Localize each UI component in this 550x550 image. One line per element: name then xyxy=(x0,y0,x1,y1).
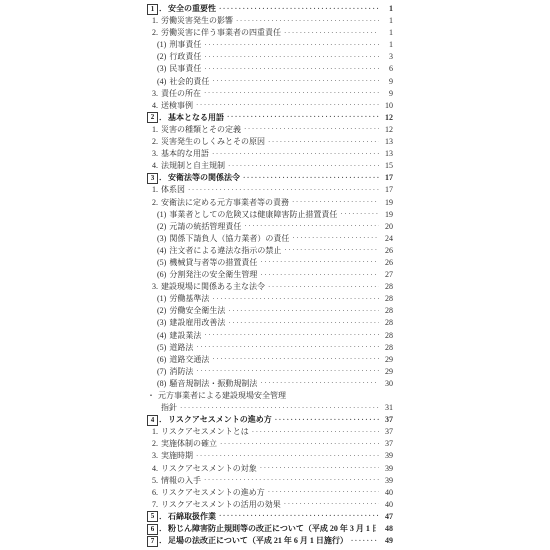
entry-page-number: 29 xyxy=(381,366,393,378)
entry-title: 建設現場に関係ある主な法令 xyxy=(161,281,265,293)
toc-entry: (3) 建設雇用改善法 ····························… xyxy=(157,317,393,329)
toc-entry: 7. リスクアセスメントの活用の効果 ·····················… xyxy=(152,499,393,511)
entry-number: (7) xyxy=(157,366,166,378)
dot-leader: ········································… xyxy=(260,462,379,474)
entry-page-number: 40 xyxy=(381,487,393,499)
entry-title: 道路法 xyxy=(169,342,193,354)
toc-entry: 2. 労働災害に伴う事業者の四重責任 ·····················… xyxy=(152,27,393,39)
dot-leader: ········································… xyxy=(220,438,379,450)
entry-title: 安全の重要性 xyxy=(168,3,216,15)
entry-page-number: 28 xyxy=(381,342,393,354)
dot-leader: ········································… xyxy=(219,3,379,15)
toc-entry: (6) 分割発注の安全衛生管理 ························… xyxy=(157,269,393,281)
entry-number: (1) xyxy=(157,293,166,305)
entry-title: 行政責任 xyxy=(169,51,201,63)
toc-entry: (5) 機械貸与者等の措置責任 ························… xyxy=(157,257,393,269)
dot-leader: ········································… xyxy=(212,75,379,87)
chapter-separator: ． xyxy=(159,414,167,426)
dot-leader: ········································… xyxy=(284,498,379,510)
toc-entry: (4) 注文者による違法な指示の禁止 ·····················… xyxy=(157,245,393,257)
entry-number: (6) xyxy=(157,354,166,366)
entry-page-number: 26 xyxy=(381,257,393,269)
entry-number: 3. xyxy=(152,88,158,100)
dot-leader: ········································… xyxy=(212,353,379,365)
entry-title: 事業者としての危険又は健康障害防止措置責任 xyxy=(169,209,337,221)
toc-entry: 7． 足場の法改正について（平成 21 年 6 月 1 日施行） ·······… xyxy=(147,535,393,547)
entry-page-number: 1 xyxy=(381,27,393,39)
entry-page-number: 1 xyxy=(381,39,393,51)
entry-page-number: 39 xyxy=(381,450,393,462)
entry-page-number: 37 xyxy=(381,414,393,426)
toc-entry: ・ 元方事業者による建設現場安全管理 xyxy=(147,390,393,402)
entry-title: 道路交通法 xyxy=(169,354,209,366)
toc-entry: (2) 労働安全衛生法 ····························… xyxy=(157,305,393,317)
toc-entry: 1. 災害の種類とその定義 ··························… xyxy=(152,124,393,136)
dot-leader: ········································… xyxy=(228,160,379,172)
dot-leader: ········································… xyxy=(196,450,379,462)
toc-entry: (1) 労働基準法 ······························… xyxy=(157,293,393,305)
entry-title: リスクアセスメントの対象 xyxy=(161,463,257,475)
entry-number: (4) xyxy=(157,330,166,342)
toc-entry: 6． 粉じん障害防止規則等の改正について（平成 20 年 3 月 1 日施行） … xyxy=(147,523,393,535)
entry-number: 4. xyxy=(152,100,158,112)
toc-entry: 5. 情報の入手 ·······························… xyxy=(152,475,393,487)
entry-page-number: 15 xyxy=(381,160,393,172)
entry-page-number: 28 xyxy=(381,317,393,329)
entry-title: 安衛法に定める元方事業者等の責務 xyxy=(161,197,289,209)
chapter-separator: ． xyxy=(159,535,167,547)
toc-entry: 1. 体系図 ·································… xyxy=(152,184,393,196)
entry-number: 5 xyxy=(147,511,158,522)
entry-number: (4) xyxy=(157,245,166,257)
entry-title: 粉じん障害防止規則等の改正について（平成 20 年 3 月 1 日施行） xyxy=(168,523,376,535)
entry-number: 3. xyxy=(152,450,158,462)
toc-entry: 3. 実施時期 ································… xyxy=(152,450,393,462)
entry-page-number: 39 xyxy=(381,475,393,487)
entry-title: 労働安全衛生法 xyxy=(169,305,225,317)
toc-entry: 2. 実施体制の確立 ·····························… xyxy=(152,438,393,450)
entry-number: 4 xyxy=(147,415,158,426)
entry-page-number: 20 xyxy=(381,221,393,233)
toc-entry: (4) 社会的責任 ······························… xyxy=(157,76,393,88)
entry-page-number: 37 xyxy=(381,438,393,450)
dot-leader: ········································… xyxy=(292,196,379,208)
entry-page-number: 39 xyxy=(381,463,393,475)
toc-entry: 1. リスクアセスメントとは ·························… xyxy=(152,426,393,438)
entry-number: (1) xyxy=(157,39,166,51)
toc-entry: 4. 法規制と自主規制 ····························… xyxy=(152,160,393,172)
entry-number: 6. xyxy=(152,487,158,499)
entry-page-number: 9 xyxy=(381,76,393,88)
entry-title: 基本となる用語 xyxy=(168,112,224,124)
toc-entry: (2) 行政責任 ·······························… xyxy=(157,51,393,63)
entry-page-number: 3 xyxy=(381,51,393,63)
entry-number: 3. xyxy=(152,281,158,293)
toc-entry: 3. 基本的な用語 ······························… xyxy=(152,148,393,160)
toc-entry: 2． 基本となる用語 ·····························… xyxy=(147,112,393,124)
entry-number: (2) xyxy=(157,221,166,233)
entry-number: (8) xyxy=(157,378,166,390)
entry-page-number: 9 xyxy=(381,88,393,100)
entry-title: 注文者による違法な指示の禁止 xyxy=(169,245,281,257)
toc-entry: 指針 ·····································… xyxy=(158,402,393,414)
entry-title: 法規制と自主規制 xyxy=(161,160,225,172)
entry-number: (6) xyxy=(157,269,166,281)
entry-title: リスクアセスメントの活用の効果 xyxy=(161,499,281,511)
entry-title: 刑事責任 xyxy=(169,39,201,51)
entry-page-number: 24 xyxy=(381,233,393,245)
entry-page-number: 40 xyxy=(381,499,393,511)
entry-title: 労働災害発生の影響 xyxy=(161,15,233,27)
entry-page-number: 49 xyxy=(381,535,393,547)
dot-leader: ········································… xyxy=(196,99,379,111)
entry-page-number: 1 xyxy=(381,3,393,15)
entry-page-number: 26 xyxy=(381,245,393,257)
toc-entry: (1) 事業者としての危険又は健康障害防止措置責任 ··············… xyxy=(157,209,393,221)
entry-title: 災害発生のしくみとその原因 xyxy=(161,136,265,148)
entry-title: 騒音規制法・振動規制法 xyxy=(169,378,257,390)
entry-page-number: 12 xyxy=(381,124,393,136)
dot-leader: ········································… xyxy=(284,244,379,256)
entry-number: (3) xyxy=(157,233,166,245)
dot-leader: ········································… xyxy=(244,220,379,232)
entry-page-number: 48 xyxy=(381,523,393,535)
entry-title: 実施体制の確立 xyxy=(161,438,217,450)
dot-leader: ········································… xyxy=(204,51,379,63)
toc-list: 1． 安全の重要性 ······························… xyxy=(147,3,393,547)
dot-leader: ········································… xyxy=(284,27,379,39)
toc-entry: 4. リスクアセスメントの対象 ························… xyxy=(152,463,393,475)
toc-entry: (8) 騒音規制法・振動規制法 ························… xyxy=(157,378,393,390)
entry-page-number: 47 xyxy=(381,511,393,523)
dot-leader: ········································… xyxy=(236,15,379,27)
entry-page-number: 30 xyxy=(381,378,393,390)
entry-page-number: 10 xyxy=(381,100,393,112)
dot-leader: ········································… xyxy=(268,486,379,498)
toc-entry: (2) 元請の統括管理責任 ··························… xyxy=(157,221,393,233)
dot-leader: ········································… xyxy=(196,341,379,353)
toc-entry: 2. 災害発生のしくみとその原因 ·······················… xyxy=(152,136,393,148)
entry-number: (1) xyxy=(157,209,166,221)
entry-page-number: 31 xyxy=(381,402,393,414)
entry-title: 社会的責任 xyxy=(169,76,209,88)
entry-page-number: 12 xyxy=(381,112,393,124)
entry-number: 2. xyxy=(152,27,158,39)
entry-title: 石綿取扱作業 xyxy=(168,511,216,523)
entry-title: 元方事業者による建設現場安全管理 xyxy=(158,390,286,402)
entry-title: 建設雇用改善法 xyxy=(169,317,225,329)
dot-leader: ········································… xyxy=(228,305,379,317)
entry-number: 7 xyxy=(147,536,158,547)
entry-number: 4. xyxy=(152,160,158,172)
dot-leader: ········································… xyxy=(260,256,379,268)
dot-leader: ········································… xyxy=(219,510,379,522)
entry-number: 3 xyxy=(147,173,158,184)
toc-entry: (5) 道路法 ································… xyxy=(157,342,393,354)
entry-title: リスクアセスメントの進め方 xyxy=(168,414,272,426)
entry-number: 2. xyxy=(152,136,158,148)
toc-entry: (3) 民事責任 ·······························… xyxy=(157,63,393,75)
entry-page-number: 28 xyxy=(381,305,393,317)
dot-leader: ········································… xyxy=(340,208,379,220)
entry-page-number: 28 xyxy=(381,281,393,293)
dot-leader: ········································… xyxy=(227,111,379,123)
dot-leader: ········································… xyxy=(268,281,379,293)
entry-number: 4. xyxy=(152,463,158,475)
entry-number: (5) xyxy=(157,257,166,269)
entry-title: 基本的な用語 xyxy=(161,148,209,160)
toc-entry: 2. 安衛法に定める元方事業者等の責務 ····················… xyxy=(152,197,393,209)
entry-number: 3. xyxy=(152,148,158,160)
toc-entry: (7) 消防法 ································… xyxy=(157,366,393,378)
chapter-separator: ． xyxy=(159,172,167,184)
entry-title: 関係下請負人（協力業者）の責任 xyxy=(169,233,289,245)
entry-number: (2) xyxy=(157,51,166,63)
toc-entry: (3) 関係下請負人（協力業者）の責任 ····················… xyxy=(157,233,393,245)
toc-entry: (4) 建設業法 ·······························… xyxy=(157,330,393,342)
chapter-separator: ． xyxy=(159,523,167,535)
dot-leader: ········································… xyxy=(260,377,379,389)
entry-number: 5. xyxy=(152,475,158,487)
toc-entry: (1) 刑事責任 ·······························… xyxy=(157,39,393,51)
dot-leader: ········································… xyxy=(351,535,379,547)
dot-leader: ········································… xyxy=(188,184,379,196)
entry-title: 労働基準法 xyxy=(169,293,209,305)
entry-title: 消防法 xyxy=(169,366,193,378)
dot-leader: ········································… xyxy=(268,136,379,148)
toc-entry: 1. 労働災害発生の影響 ···························… xyxy=(152,15,393,27)
entry-number: (4) xyxy=(157,76,166,88)
entry-title: リスクアセスメントとは xyxy=(161,426,249,438)
entry-number: 1. xyxy=(152,15,158,27)
entry-title: 責任の所在 xyxy=(161,88,201,100)
entry-number: (3) xyxy=(157,317,166,329)
entry-page-number: 19 xyxy=(381,209,393,221)
entry-page-number: 13 xyxy=(381,148,393,160)
entry-number: (2) xyxy=(157,305,166,317)
entry-title: 指針 xyxy=(161,402,177,414)
dot-leader: ········································… xyxy=(196,365,379,377)
entry-page-number: 1 xyxy=(381,15,393,27)
dot-leader: ········································… xyxy=(292,232,379,244)
document-page: 1． 安全の重要性 ······························… xyxy=(0,0,550,550)
dot-leader: ········································… xyxy=(204,474,379,486)
entry-title: 足場の法改正について（平成 21 年 6 月 1 日施行） xyxy=(168,535,348,547)
entry-number: 2 xyxy=(147,112,158,123)
entry-title: 分割発注の安全衛生管理 xyxy=(169,269,257,281)
entry-number: (3) xyxy=(157,63,166,75)
entry-number: 1. xyxy=(152,124,158,136)
toc-entry: 3. 責任の所在 ·······························… xyxy=(152,88,393,100)
entry-number: (5) xyxy=(157,342,166,354)
entry-title: 機械貸与者等の措置責任 xyxy=(169,257,257,269)
entry-number: 1 xyxy=(147,4,158,15)
toc-entry: 3. 建設現場に関係ある主な法令 ·······················… xyxy=(152,281,393,293)
dot-leader: ········································… xyxy=(244,123,379,135)
toc-entry: 1． 安全の重要性 ······························… xyxy=(147,3,393,15)
toc-entry: 6. リスクアセスメントの進め方 ·······················… xyxy=(152,487,393,499)
entry-page-number: 17 xyxy=(381,172,393,184)
entry-number: 2. xyxy=(152,438,158,450)
entry-title: 体系図 xyxy=(161,184,185,196)
entry-page-number: 27 xyxy=(381,269,393,281)
entry-page-number: 28 xyxy=(381,330,393,342)
entry-title: 民事責任 xyxy=(169,63,201,75)
dot-leader: ········································… xyxy=(212,293,379,305)
dot-leader: ········································… xyxy=(180,402,379,414)
entry-page-number: 6 xyxy=(381,63,393,75)
entry-number: 1. xyxy=(152,184,158,196)
entry-title: 元請の統括管理責任 xyxy=(169,221,241,233)
entry-number: 7. xyxy=(152,499,158,511)
dot-leader: ········································… xyxy=(243,172,379,184)
entry-page-number: 13 xyxy=(381,136,393,148)
entry-page-number: 37 xyxy=(381,426,393,438)
dot-leader: ········································… xyxy=(204,39,379,51)
entry-number: 6 xyxy=(147,524,158,535)
toc-entry: 5． 石綿取扱作業 ······························… xyxy=(147,511,393,523)
chapter-separator: ． xyxy=(159,511,167,523)
entry-title: 送検事例 xyxy=(161,100,193,112)
entry-title: 労働災害に伴う事業者の四重責任 xyxy=(161,27,281,39)
entry-page-number: 17 xyxy=(381,184,393,196)
entry-number: 1. xyxy=(152,426,158,438)
toc-entry: 3． 安衛法等の関係法令 ···························… xyxy=(147,172,393,184)
entry-title: 情報の入手 xyxy=(161,475,201,487)
chapter-separator: ． xyxy=(159,3,167,15)
entry-title: 安衛法等の関係法令 xyxy=(168,172,240,184)
entry-page-number: 29 xyxy=(381,354,393,366)
dot-leader: ········································… xyxy=(204,63,379,75)
entry-page-number: 28 xyxy=(381,293,393,305)
entry-page-number: 19 xyxy=(381,197,393,209)
entry-title: リスクアセスメントの進め方 xyxy=(161,487,265,499)
toc-entry: 4． リスクアセスメントの進め方 ·······················… xyxy=(147,414,393,426)
dot-leader: ········································… xyxy=(204,329,379,341)
dot-leader: ········································… xyxy=(252,426,379,438)
entry-title: 建設業法 xyxy=(169,330,201,342)
dot-leader: ········································… xyxy=(228,317,379,329)
entry-number: 2. xyxy=(152,197,158,209)
entry-number: ・ xyxy=(147,390,155,402)
entry-title: 災害の種類とその定義 xyxy=(161,124,241,136)
dot-leader: ········································… xyxy=(204,87,379,99)
toc-entry: (6) 道路交通法 ······························… xyxy=(157,354,393,366)
dot-leader: ········································… xyxy=(212,148,379,160)
chapter-separator: ． xyxy=(159,112,167,124)
entry-title: 実施時期 xyxy=(161,450,193,462)
toc-entry: 4. 送検事例 ································… xyxy=(152,100,393,112)
dot-leader: ········································… xyxy=(260,269,379,281)
dot-leader: ········································… xyxy=(275,414,379,426)
